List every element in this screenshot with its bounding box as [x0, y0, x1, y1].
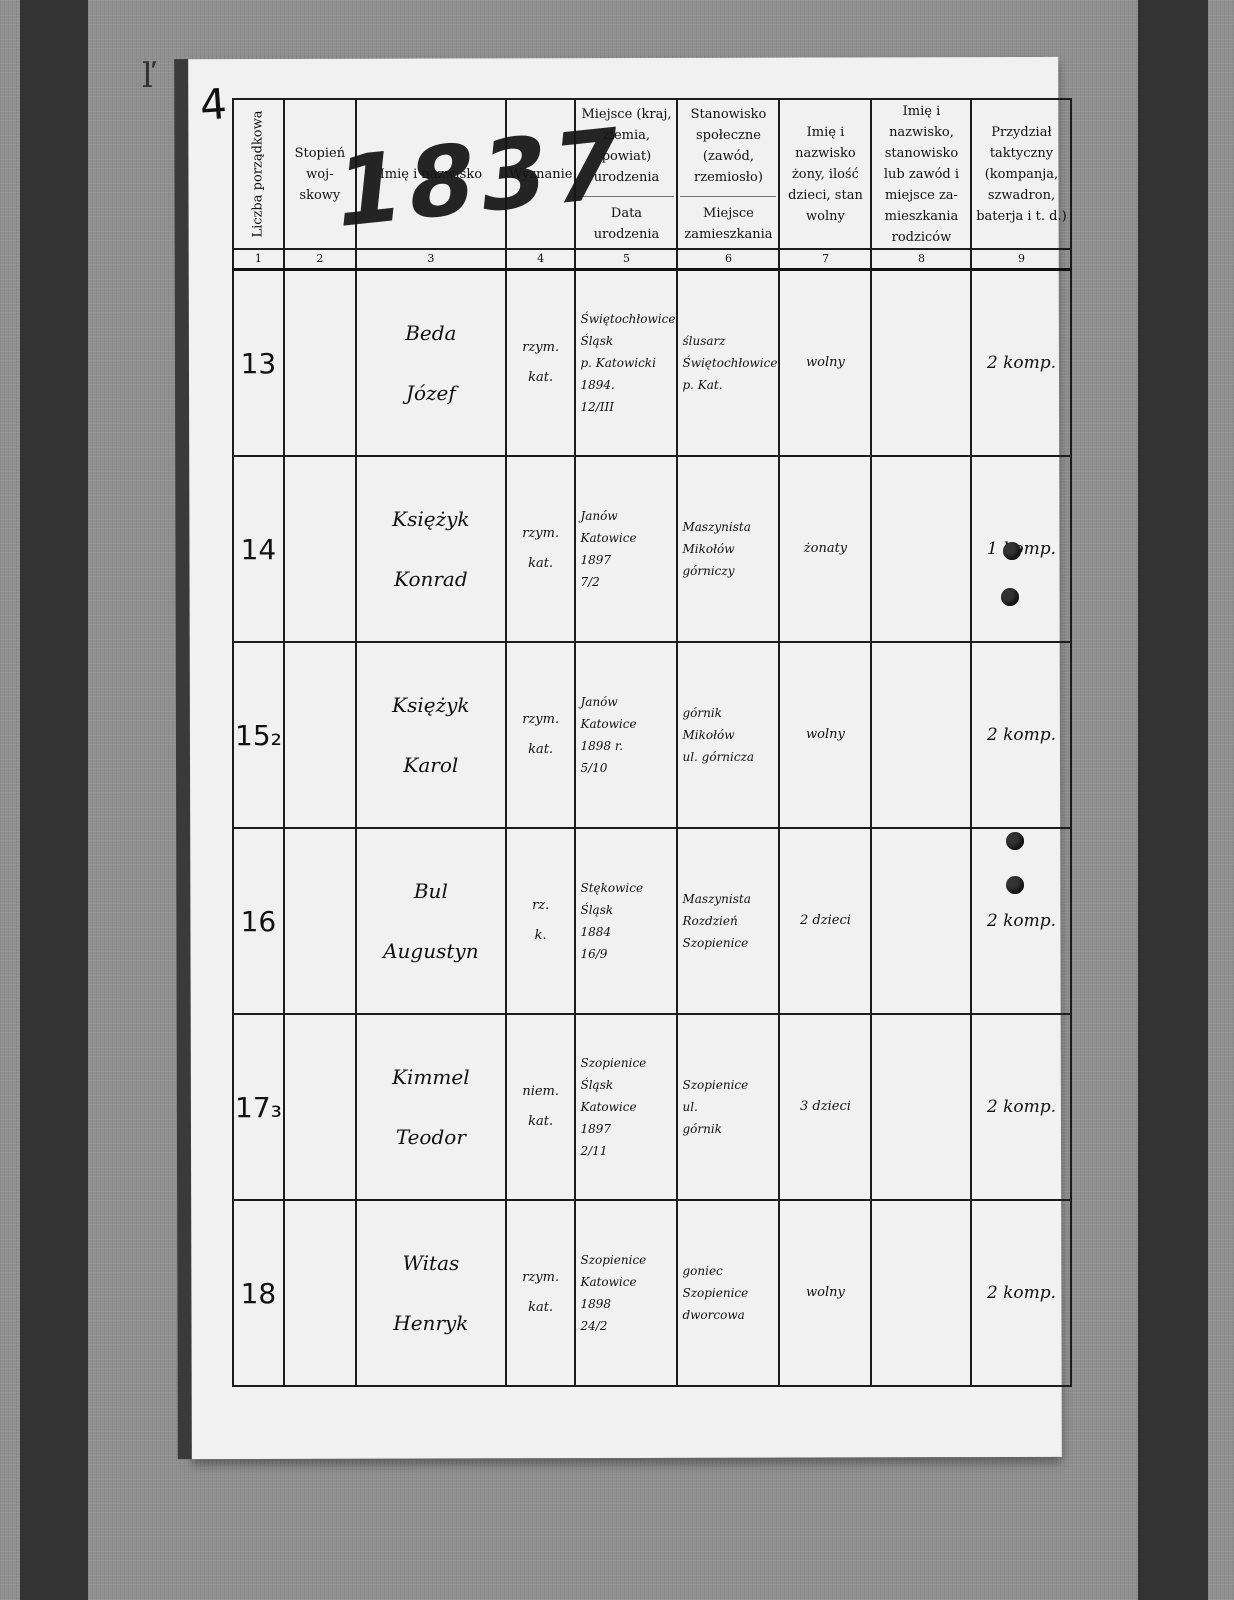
surname: Beda [358, 303, 504, 363]
row-birthplace: SzopieniceŚląskKatowice18972/11 [575, 1014, 677, 1200]
row-birthplace: ŚwiętochłowiceŚląskp. Katowicki1894.12/I… [575, 270, 677, 457]
row-assignment: 2 komp. [971, 828, 1071, 1014]
header-assignment: Przydział taktyczny (kompanja, szwadron,… [971, 99, 1071, 249]
row-occupation: ślusarzŚwiętochłowicep. Kat. [677, 270, 779, 457]
row-name: Beda Józef [356, 270, 506, 457]
header-ordinal: Liczba porządkowa [233, 99, 284, 249]
row-name: Witas Henryk [356, 1200, 506, 1386]
row-rank [284, 1200, 356, 1386]
given-name: Teodor [358, 1107, 504, 1167]
header-occupation: Stanowisko społeczne (zawód, rzemiosło) … [677, 99, 779, 249]
row-birthplace: SzopieniceKatowice189824/2 [575, 1200, 677, 1386]
header-name: Imię i nazwisko [356, 99, 506, 249]
scan-shadow-strip-right [1138, 0, 1208, 1600]
surname: Księżyk [358, 675, 504, 735]
row-assignment: 2 komp. [971, 642, 1071, 828]
row-number: 17₃ [233, 1014, 284, 1200]
row-number: 18 [233, 1200, 284, 1386]
row-assignment: 2 komp. [971, 1014, 1071, 1200]
header-residence: Miejsce zamieszkania [680, 196, 776, 245]
row-occupation: MaszynistaMikołówgórniczy [677, 456, 779, 642]
row-parents [871, 1200, 971, 1386]
given-name: Józef [358, 363, 504, 423]
row-name: Bul Augustyn [356, 828, 506, 1014]
header-religion: Wyznanie [506, 99, 576, 249]
row-number: 15₂ [233, 642, 284, 828]
row-birthplace: JanówKatowice18977/2 [575, 456, 677, 642]
row-parents [871, 270, 971, 457]
row-rank [284, 270, 356, 457]
page-number: 4 [198, 79, 228, 130]
given-name: Karol [358, 735, 504, 795]
row-name: Kimmel Teodor [356, 1014, 506, 1200]
row-spouse: wolny [779, 1200, 871, 1386]
row-parents [871, 456, 971, 642]
given-name: Henryk [358, 1293, 504, 1353]
row-occupation: Szopieniceul.górnik [677, 1014, 779, 1200]
row-parents [871, 642, 971, 828]
surname: Księżyk [358, 489, 504, 549]
row-assignment: 2 komp. [971, 1200, 1071, 1386]
punch-hole [1003, 542, 1021, 560]
row-assignment: 1 komp. [971, 456, 1071, 642]
row-occupation: MaszynistaRozdzieńSzopienice [677, 828, 779, 1014]
row-rank [284, 828, 356, 1014]
row-occupation: goniecSzopienicedworcowa [677, 1200, 779, 1386]
row-religion: rzym.kat. [506, 270, 576, 457]
row-parents [871, 1014, 971, 1200]
row-occupation: górnikMikołówul. górnicza [677, 642, 779, 828]
given-name: Augustyn [358, 921, 504, 981]
header-spouse: Imię i nazwisko żony, ilość dzieci, stan… [779, 99, 871, 249]
register-row: 14 Księżyk Konrad rzym.kat. JanówKatowic… [233, 456, 1071, 642]
punch-hole [1006, 832, 1024, 850]
surname: Kimmel [358, 1047, 504, 1107]
row-spouse: wolny [779, 642, 871, 828]
row-religion: niem.kat. [506, 1014, 576, 1200]
row-spouse: 3 dzieci [779, 1014, 871, 1200]
register-row: 18 Witas Henryk rzym.kat. SzopieniceKato… [233, 1200, 1071, 1386]
row-number: 14 [233, 456, 284, 642]
row-spouse: wolny [779, 270, 871, 457]
row-religion: rzym.kat. [506, 456, 576, 642]
register-row: 13 Beda Józef rzym.kat. ŚwiętochłowiceŚl… [233, 270, 1071, 457]
row-birthplace: JanówKatowice1898 r.5/10 [575, 642, 677, 828]
row-birthplace: StękowiceŚląsk188416/9 [575, 828, 677, 1014]
register-row: 17₃ Kimmel Teodor niem.kat. SzopieniceŚl… [233, 1014, 1071, 1200]
row-religion: rzym.kat. [506, 1200, 576, 1386]
row-parents [871, 828, 971, 1014]
row-rank [284, 642, 356, 828]
row-religion: rz.k. [506, 828, 576, 1014]
row-name: Księżyk Karol [356, 642, 506, 828]
header-parents: Imię i nazwisko, stanowisko lub zawód i … [871, 99, 971, 249]
surname: Witas [358, 1233, 504, 1293]
personnel-register-table: Liczba porządkowa Stopień woj- skowy Imi… [232, 98, 1072, 1387]
header-birth-date: Data urodzenia [578, 196, 674, 245]
scan-shadow-strip-left [20, 0, 88, 1600]
register-row: 15₂ Księżyk Karol rzym.kat. JanówKatowic… [233, 642, 1071, 828]
given-name: Konrad [358, 549, 504, 609]
header-birthplace: Miejsce (kraj, ziemia, powiat) urodzenia… [575, 99, 677, 249]
surname: Bul [358, 861, 504, 921]
row-religion: rzym.kat. [506, 642, 576, 828]
row-rank [284, 1014, 356, 1200]
row-number: 13 [233, 270, 284, 457]
punch-hole [1006, 876, 1024, 894]
row-number: 16 [233, 828, 284, 1014]
row-spouse: żonaty [779, 456, 871, 642]
row-assignment: 2 komp. [971, 270, 1071, 457]
header-rank: Stopień woj- skowy [284, 99, 356, 249]
column-number-row: 1 2 3 4 5 6 7 8 9 [233, 249, 1071, 270]
archival-mark: ľ [142, 56, 153, 96]
row-name: Księżyk Konrad [356, 456, 506, 642]
row-spouse: 2 dzieci [779, 828, 871, 1014]
register-row: 16 Bul Augustyn rz.k. StękowiceŚląsk1884… [233, 828, 1071, 1014]
punch-hole [1001, 588, 1019, 606]
row-rank [284, 456, 356, 642]
